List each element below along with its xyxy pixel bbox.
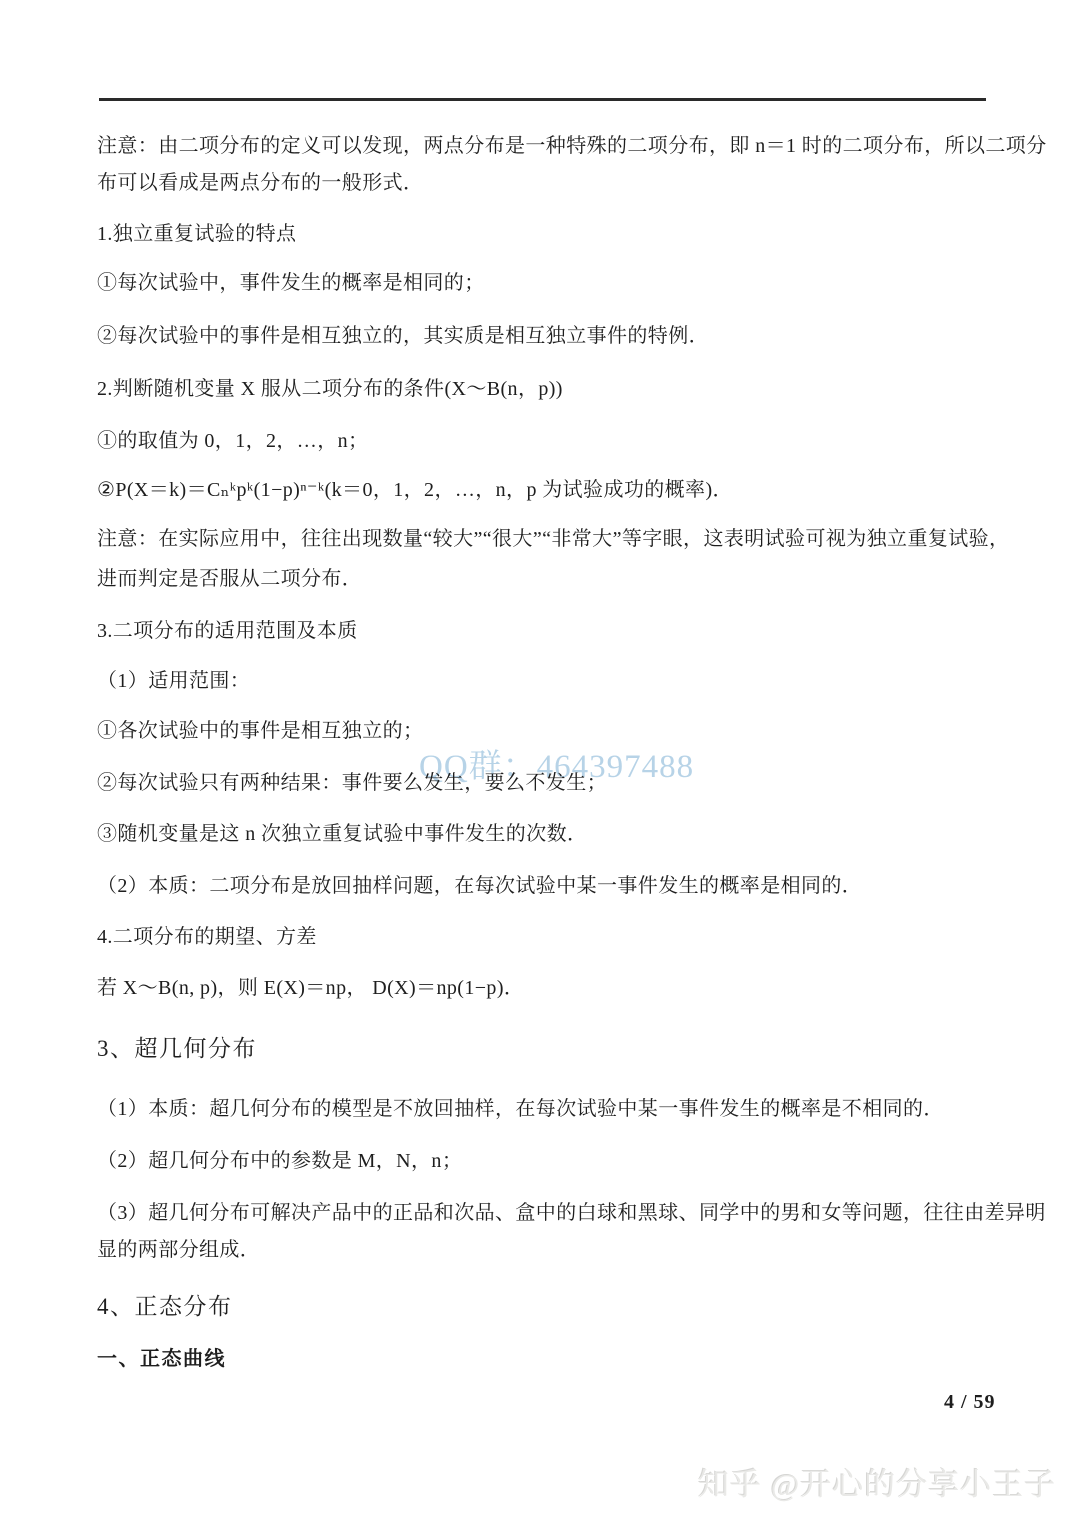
document-page: QQ群：464397488 注意：由二项分布的定义可以发现，两点分布是一种特殊的… bbox=[0, 0, 1080, 1527]
hypergeometric-point-1: （1）本质：超几何分布的模型是不放回抽样，在每次试验中某一事件发生的概率是不相同… bbox=[97, 1098, 944, 1120]
paragraph-note-application-line2: 进而判定是否服从二项分布． bbox=[97, 568, 362, 590]
subheading-normal-curve: 一、正态曲线 bbox=[97, 1348, 226, 1370]
item-2-condition-title: 2.判断随机变量 X 服从二项分布的条件(X～B(n，p)) bbox=[97, 378, 563, 400]
paragraph-note-binomial-line2: 布可以看成是两点分布的一般形式． bbox=[97, 172, 423, 194]
item-1-point-2: ②每次试验中的事件是相互独立的，其实质是相互独立事件的特例． bbox=[97, 325, 709, 347]
item-1-independent-repeat-title: 1.独立重复试验的特点 bbox=[97, 223, 296, 245]
item-4-formula: 若 X～B(n, p)，则 E(X)＝np， D(X)＝np(1−p)． bbox=[97, 977, 524, 999]
item-3-essence: （2）本质：二项分布是放回抽样问题，在每次试验中某一事件发生的概率是相同的． bbox=[97, 875, 862, 897]
item-3-scope-point-3: ③随机变量是这 n 次独立重复试验中事件发生的次数． bbox=[97, 823, 587, 845]
header-rule bbox=[99, 98, 986, 101]
section-heading-hypergeometric: 3、超几何分布 bbox=[97, 1038, 257, 1060]
hypergeometric-point-3-line2: 显的两部分组成． bbox=[97, 1239, 260, 1261]
paragraph-note-application-line1: 注意：在实际应用中，往往出现数量“较大”“很大”“非常大”等字眼，这表明试验可视… bbox=[97, 528, 1009, 550]
item-3-scope-point-2: ②每次试验只有两种结果：事件要么发生，要么不发生； bbox=[97, 772, 607, 794]
item-3-scope-label: （1）适用范围： bbox=[97, 670, 250, 692]
item-1-point-1: ①每次试验中，事件发生的概率是相同的； bbox=[97, 272, 485, 294]
item-4-expectation-variance-title: 4.二项分布的期望、方差 bbox=[97, 926, 317, 948]
hypergeometric-point-3-line1: （3）超几何分布可解决产品中的正品和次品、盒中的白球和黑球、同学中的男和女等问题… bbox=[97, 1202, 1046, 1224]
item-3-scope-point-1: ①各次试验中的事件是相互独立的； bbox=[97, 720, 423, 742]
section-heading-normal-distribution: 4、正态分布 bbox=[97, 1296, 233, 1318]
zhihu-author-watermark: 知乎 @开心的分享小王子 bbox=[698, 1459, 1056, 1504]
item-3-scope-title: 3.二项分布的适用范围及本质 bbox=[97, 620, 358, 642]
hypergeometric-point-2: （2）超几何分布中的参数是 M，N，n； bbox=[97, 1150, 462, 1172]
item-2-point-1: ①的取值为 0，1，2，…，n； bbox=[97, 430, 368, 452]
paragraph-note-binomial-line1: 注意：由二项分布的定义可以发现，两点分布是一种特殊的二项分布，即 n＝1 时的二… bbox=[97, 135, 1047, 157]
page-number: 4 / 59 bbox=[944, 1391, 996, 1414]
item-2-point-2-formula: ②P(X＝k)＝Cₙᵏpᵏ(1−p)ⁿ⁻ᵏ(k＝0，1，2，…，n，p 为试验成… bbox=[97, 479, 733, 501]
